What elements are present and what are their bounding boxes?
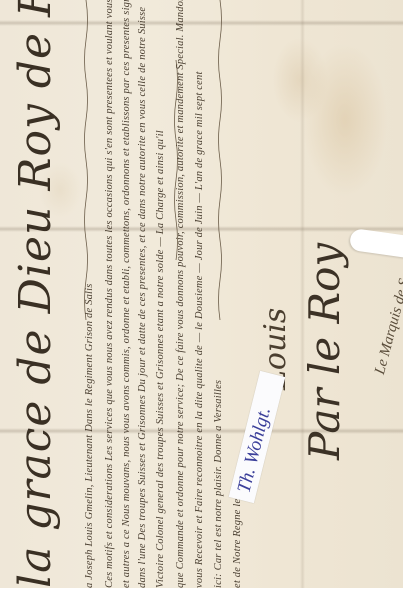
title-part-roy: Roy de (10, 32, 61, 191)
body-line-3: et autres a ce Nous mouvans, nous vous a… (121, 0, 132, 588)
body-line-9: et de Notre Regne le (232, 499, 243, 588)
body-line-2: Ces motifs et considerations Les service… (104, 0, 115, 588)
body-line-4: dans l'une Des troupes Suisses et Grison… (137, 7, 148, 588)
title-part-dieu: Dieu (10, 206, 61, 314)
body-line-1: a Joseph Louis Gmelin, Lieutenant Dans l… (84, 283, 95, 588)
countersign-heading: Par le Roy (300, 243, 349, 460)
title-part-grace: la grace de (10, 328, 61, 588)
torn-edge (349, 228, 403, 258)
title-part-france: France et de Navarre (10, 0, 61, 17)
secretary-signature: Le Marquis de Segur (372, 251, 403, 377)
body-line-7: vous Recevoir et Faire reconnoitre en la… (194, 71, 205, 588)
document-sheet: la grace de Dieu Roy de France et de Nav… (0, 0, 403, 588)
body-line-5: Victoire Colonel general des troupes Sui… (155, 130, 166, 588)
body-line-8: ici: Car tel est notre plaisir. Donne a … (213, 380, 224, 588)
collector-label-text: Th. Wohlgt. (234, 405, 277, 495)
document-title: la grace de Dieu Roy de France et de Nav… (10, 0, 61, 588)
collector-label: Th. Wohlgt. (229, 371, 286, 503)
body-line-6: que Commande et ordonne pour notre servi… (175, 0, 186, 588)
bottom-margin (0, 588, 403, 600)
